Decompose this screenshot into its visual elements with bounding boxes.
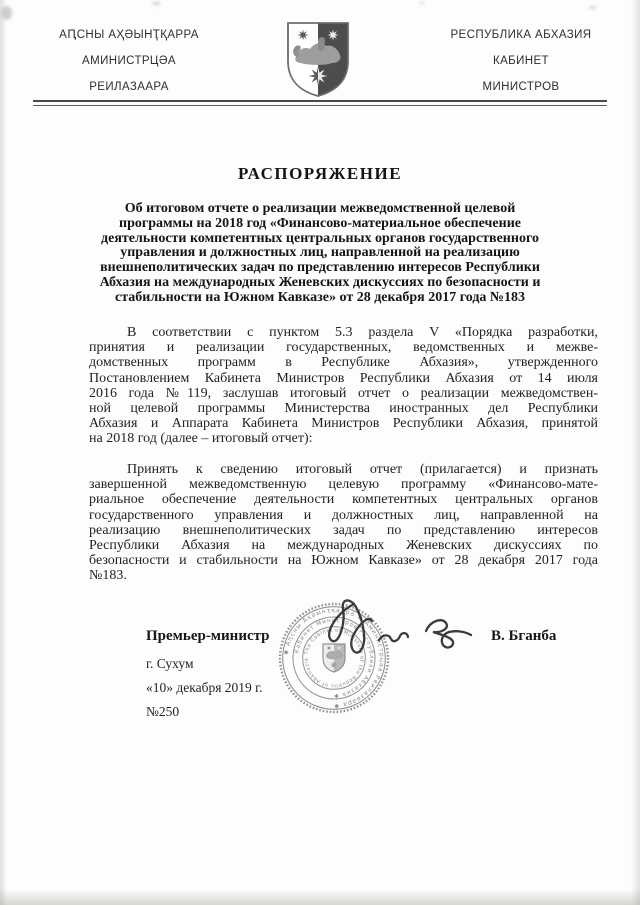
text-line: №183.	[89, 568, 598, 583]
document-page: АԤСНЫ АҲӘЫНҬҚАРРААМИНИСТРЦӘАРЕИЛАЗААРА Р…	[0, 0, 640, 905]
scan-smudge	[2, 6, 12, 20]
signature-date: «10» декабря 2019 г.	[146, 680, 263, 696]
text-line: МИНИСТРОВ	[438, 76, 604, 102]
text-line: внешнеполитических задач по представлени…	[85, 261, 555, 276]
text-line: на 2018 год (далее – итоговый отчет):	[89, 431, 598, 446]
letterhead-russian: РЕСПУБЛИКА АБХАЗИЯКАБИНЕТМИНИСТРОВ	[438, 24, 604, 102]
text-line: риальное обеспечение деятельности компет…	[89, 492, 598, 507]
text-line: Постановлением Кабинета Министров Респуб…	[89, 371, 598, 386]
text-line: Абхазия на международных Женевских диску…	[85, 276, 555, 291]
text-line: реализацию внешнеполитических задач по п…	[89, 523, 598, 538]
letterhead-divider	[33, 100, 607, 106]
scan-edge-right	[631, 0, 640, 905]
text-line: АМИНИСТРЦӘА	[38, 50, 220, 76]
document-number: №250	[146, 704, 179, 720]
text-line: государственного управления и должностны…	[89, 508, 598, 523]
text-line: принятия и реализации государственных, в…	[89, 340, 598, 355]
abkhazia-coat-of-arms-icon	[284, 19, 352, 99]
text-line: управления и должностных лиц, направленн…	[85, 246, 555, 261]
text-line: домственных программ в Республике Абхази…	[89, 355, 598, 370]
signatory-post: Премьер-министр	[146, 628, 270, 645]
document-title: РАСПОРЯЖЕНИЕ	[85, 164, 555, 184]
body-paragraph-2: Принять к сведению итоговый отчет (прила…	[89, 462, 598, 584]
document-subject: Об итоговом отчете о реализации межведом…	[85, 202, 555, 306]
handwritten-signature	[280, 594, 485, 670]
text-line: Республики Абхазия на международных Жене…	[89, 538, 598, 553]
text-line: Об итоговом отчете о реализации межведом…	[85, 202, 555, 217]
text-line: В соответствии с пунктом 5.3 раздела V «…	[89, 325, 598, 340]
scan-smudge	[419, 2, 425, 4]
text-line: деятельности компетентных центральных ор…	[85, 232, 555, 247]
signature-place: г. Сухум	[146, 656, 194, 672]
scan-smudge	[152, 2, 161, 5]
text-line: РЕИЛАЗААРА	[38, 76, 220, 102]
text-line: КАБИНЕТ	[438, 50, 604, 76]
text-line: стабильности на Южном Кавказе» от 28 дек…	[85, 291, 555, 306]
text-line: ной целевой программы Министерства иност…	[89, 401, 598, 416]
scan-edge-left	[0, 0, 7, 905]
scan-edge-bottom	[0, 889, 640, 905]
text-line: РЕСПУБЛИКА АБХАЗИЯ	[438, 24, 604, 50]
text-line: завершенной межведомственную целевую про…	[89, 477, 598, 492]
text-line: Принять к сведению итоговый отчет (прила…	[89, 462, 598, 477]
text-line: безопасности и стабильности на Южном Кав…	[89, 553, 598, 568]
scan-smudge	[589, 6, 596, 9]
signatory-name: В. Бганба	[491, 628, 556, 645]
letterhead-abkhazian: АԤСНЫ АҲӘЫНҬҚАРРААМИНИСТРЦӘАРЕИЛАЗААРА	[38, 24, 220, 102]
text-line: программы на 2018 год «Финансово-материа…	[85, 217, 555, 232]
text-line: 2016 года №119, заслушав итоговый отчет …	[89, 386, 598, 401]
text-line: Абхазия и Аппарата Кабинета Министров Ре…	[89, 416, 598, 431]
text-line: АԤСНЫ АҲӘЫНҬҚАРРА	[38, 24, 220, 50]
body-paragraph-1: В соответствии с пунктом 5.3 раздела V «…	[89, 325, 598, 447]
